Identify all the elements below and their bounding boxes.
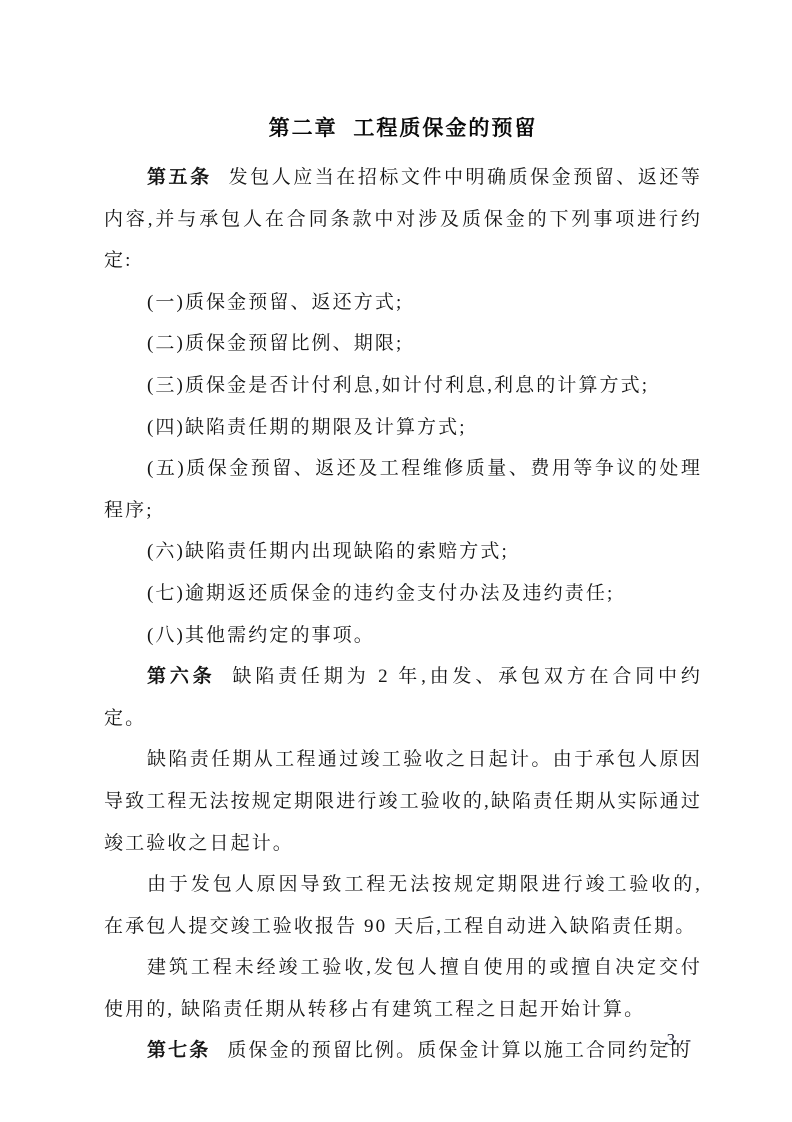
paragraph: 第六条缺陷责任期为 2 年,由发、承包双方在合同中约定。 — [104, 656, 702, 739]
document-content: 第二章 工程质保金的预留 第五条发包人应当在招标文件中明确质保金预留、返还等内容… — [104, 112, 702, 1072]
document-body: 第五条发包人应当在招标文件中明确质保金预留、返还等内容,并与承包人在合同条款中对… — [104, 157, 702, 1072]
paragraph: (六)缺陷责任期内出现缺陷的索赔方式; — [104, 531, 702, 573]
paragraph: 缺陷责任期从工程通过竣工验收之日起计。由于承包人原因导致工程无法按规定期限进行竣… — [104, 739, 702, 864]
paragraph: (一)质保金预留、返还方式; — [104, 282, 702, 324]
article-number: 第六条 — [147, 666, 216, 687]
paragraph-text: 质保金的预留比例。质保金计算以施工合同约定的 — [227, 1040, 691, 1061]
paragraph: 建筑工程未经竣工验收,发包人擅自使用的或擅自决定交付使用的, 缺陷责任期从转移占… — [104, 947, 702, 1030]
paragraph: 第七条质保金的预留比例。质保金计算以施工合同约定的 — [104, 1030, 702, 1072]
article-number: 第七条 — [147, 1040, 210, 1061]
document-page: 第二章 工程质保金的预留 第五条发包人应当在招标文件中明确质保金预留、返还等内容… — [0, 0, 792, 1122]
paragraph: 第五条发包人应当在招标文件中明确质保金预留、返还等内容,并与承包人在合同条款中对… — [104, 157, 702, 282]
paragraph: 由于发包人原因导致工程无法按规定期限进行竣工验收的,在承包人提交竣工验收报告 9… — [104, 864, 702, 947]
paragraph: (七)逾期返还质保金的违约金支付办法及违约责任; — [104, 573, 702, 615]
article-number: 第五条 — [147, 167, 212, 188]
paragraph: (三)质保金是否计付利息,如计付利息,利息的计算方式; — [104, 365, 702, 407]
paragraph: (八)其他需约定的事项。 — [104, 615, 702, 657]
chapter-title: 第二章 工程质保金的预留 — [104, 112, 702, 142]
page-number: - 3 - — [651, 1030, 694, 1050]
paragraph: (四)缺陷责任期的期限及计算方式; — [104, 407, 702, 449]
paragraph: (五)质保金预留、返还及工程维修质量、费用等争议的处理程序; — [104, 448, 702, 531]
paragraph: (二)质保金预留比例、期限; — [104, 323, 702, 365]
